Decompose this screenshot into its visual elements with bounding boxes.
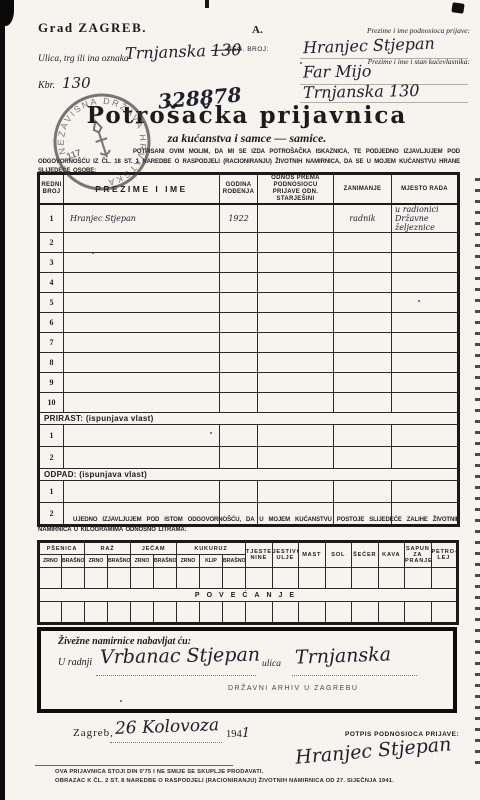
supplies-empty-cell — [431, 602, 458, 624]
cell-occupation — [334, 333, 392, 353]
year-text: 1941 — [226, 726, 250, 741]
supplies-empty-cell — [299, 568, 326, 589]
supplies-empty-cell — [200, 568, 223, 589]
footer-note-2: OBRAZAC K ČL. 2 ST. 8 NAREDBE O RASPODJE… — [55, 778, 394, 784]
cell-year: 1922 — [220, 204, 258, 233]
supplies-empty-cell — [378, 568, 405, 589]
odpad-label-row: ODPAD: (ispunjava vlast) — [39, 469, 459, 481]
year-printed: 194 — [226, 729, 242, 740]
empty-cell — [392, 447, 459, 469]
supplies-empty-cell — [200, 602, 223, 624]
row-number: 3 — [39, 253, 64, 273]
cell-occupation — [334, 393, 392, 413]
supplies-empty-cell — [131, 568, 154, 589]
supplies-column-header: PETRO- LEJ — [431, 542, 458, 568]
section-letter: A. — [252, 24, 263, 36]
supplies-column-header: ŠEĆER — [352, 542, 379, 568]
landlord-address-handwritten: Trnjanska 130 — [303, 81, 420, 102]
col-header-zanimanje: ZANIMANJE — [334, 174, 392, 205]
dotted-line — [110, 741, 222, 743]
cell-occupation: radnik — [334, 204, 392, 233]
household-row: 1Hranjec Stjepan1922radniku radionici Dr… — [39, 204, 459, 233]
shop-name-handwritten: Vrbanac Stjepan — [100, 644, 260, 669]
empty-cell — [334, 481, 392, 503]
scan-artifact-top-right — [451, 2, 464, 14]
cell-name: Hranjec Stjepan — [64, 204, 220, 233]
scan-artifact-left-edge — [0, 0, 5, 800]
supplies-empty-cell — [131, 602, 154, 624]
supplies-empty-cell — [299, 602, 326, 624]
supplies-empty-cell — [352, 602, 379, 624]
street-name: Trnjanska — [125, 41, 206, 63]
household-row: 5 — [39, 293, 459, 313]
cell-relation — [258, 233, 334, 253]
row-number: 1 — [39, 481, 64, 503]
household-row: 7 — [39, 333, 459, 353]
cell-relation — [258, 253, 334, 273]
supplies-empty-cell — [108, 568, 131, 589]
street-handwritten: Trnjanska 130 — [125, 40, 242, 63]
supplies-sub-header: ZRNO — [177, 555, 200, 568]
supplies-empty-cell — [405, 602, 432, 624]
cell-workplace — [392, 353, 459, 373]
applicant-name-handwritten: Hranjec Stjepan — [303, 34, 435, 58]
supplies-empty-cell — [246, 602, 273, 624]
cell-relation — [258, 333, 334, 353]
house-number-handwritten: 130 — [62, 74, 91, 92]
supplies-group-header: KUKURUZ — [177, 542, 246, 555]
cell-workplace — [392, 313, 459, 333]
cell-name — [64, 393, 220, 413]
house-number-label: Kbr. — [38, 80, 55, 91]
cell-relation — [258, 273, 334, 293]
empty-cell — [392, 425, 459, 447]
supplies-empty-cell — [62, 602, 85, 624]
cell-occupation — [334, 313, 392, 333]
cell-occupation — [334, 373, 392, 393]
cell-occupation — [334, 273, 392, 293]
cell-workplace — [392, 393, 459, 413]
cell-workplace — [392, 253, 459, 273]
city-label: Grad ZAGREB. — [38, 20, 147, 36]
empty-cell — [334, 425, 392, 447]
row-number: 9 — [39, 373, 64, 393]
cell-relation — [258, 293, 334, 313]
cell-year — [220, 313, 258, 333]
landlord-name-handwritten: Far Mijo — [303, 61, 372, 81]
row-number: 5 — [39, 293, 64, 313]
povecanje-label: POVEĆANJE — [39, 589, 458, 602]
empty-cell — [220, 425, 258, 447]
dotted-line — [292, 674, 417, 676]
cell-relation — [258, 313, 334, 333]
supplies-sub-header: ZRNO — [39, 555, 62, 568]
supplies-empty-cell — [177, 568, 200, 589]
applicant-name-label: Prezime i ime podnosioca prijave: — [300, 26, 470, 35]
supplies-empty-cell — [39, 602, 62, 624]
stamp-number: 117 — [65, 147, 82, 161]
cell-name — [64, 353, 220, 373]
empty-cell — [220, 447, 258, 469]
cell-year — [220, 293, 258, 313]
row-number: 2 — [39, 447, 64, 469]
row-number: 2 — [39, 233, 64, 253]
prirast-row: 1 — [39, 425, 459, 447]
supplies-empty-cell — [108, 602, 131, 624]
supplies-group-header: JEČAM — [131, 542, 177, 555]
cell-occupation — [334, 233, 392, 253]
supplies-column-header: MAST — [299, 542, 326, 568]
cell-name — [64, 233, 220, 253]
supplies-empty-cell — [154, 602, 177, 624]
cell-name — [64, 333, 220, 353]
supplies-empty-cell — [85, 568, 108, 589]
row-number: 1 — [39, 425, 64, 447]
col-header-godina: GODINA ROĐENJA — [220, 174, 258, 205]
empty-cell — [258, 481, 334, 503]
u-radnji-label: U radnji — [58, 657, 92, 668]
supplies-table: PŠENICARAŽJEČAMKUKURUZTJESTE- NINEJESTIV… — [37, 540, 459, 625]
cell-year — [220, 393, 258, 413]
place-label: Zagreb, — [73, 727, 114, 739]
supplies-column-header: JESTIVO ULJE — [272, 542, 299, 568]
supplies-sub-header: ZRNO — [85, 555, 108, 568]
col-header-odnos: ODNOS PREMA PODNOSIOCU PRIJAVE ODN. STAR… — [258, 174, 334, 205]
empty-cell — [258, 425, 334, 447]
cell-workplace: u radionici Državne željeznice — [392, 204, 459, 233]
empty-cell — [64, 481, 220, 503]
supplies-empty-cell — [85, 602, 108, 624]
row-number: 4 — [39, 273, 64, 293]
household-row: 2 — [39, 233, 459, 253]
odpad-section-label: ODPAD: (ispunjava vlast) — [39, 469, 459, 481]
supplies-column-header: KAVA — [378, 542, 405, 568]
supplies-column-header: SAPUN ZA PRANJE — [405, 542, 432, 568]
supplies-empty-cell — [272, 568, 299, 589]
cell-workplace — [392, 293, 459, 313]
supplies-empty-cell — [177, 602, 200, 624]
ulica-label: ulica — [262, 659, 281, 669]
supplies-empty-cell — [272, 602, 299, 624]
cell-workplace — [392, 373, 459, 393]
cell-name — [64, 253, 220, 273]
date-handwritten: 26 Kolovoza — [115, 715, 220, 739]
supplies-empty-cell — [405, 568, 432, 589]
supplies-empty-cell — [352, 568, 379, 589]
archive-stamp-text: DRŽAVNI ARHIV U ZAGREBU — [228, 685, 358, 692]
prirast-section-label: PRIRAST: (ispunjava vlast) — [39, 413, 459, 425]
prirast-label-row: PRIRAST: (ispunjava vlast) — [39, 413, 459, 425]
povecanje-row: POVEĆANJE — [39, 589, 458, 602]
scan-artifact-corner — [0, 0, 14, 26]
cell-workplace — [392, 273, 459, 293]
supplies-column-header: TJESTE- NINE — [246, 542, 273, 568]
signature-handwritten: Hranjec Stjepan — [294, 733, 452, 769]
supplies-empty-cell — [223, 568, 246, 589]
empty-cell — [220, 481, 258, 503]
supplies-empty-cell — [378, 602, 405, 624]
cell-name — [64, 293, 220, 313]
supplies-sub-header: BRAŠNO — [223, 555, 246, 568]
col-header-mjesto-rada: MJESTO RADA — [392, 174, 459, 205]
scanned-form-page: Grad ZAGREB. A. REG. BROJ: Ulica, trg il… — [0, 0, 480, 800]
household-table: REDNI BROJ PREZIME I IME GODINA ROĐENJA … — [37, 172, 460, 527]
supplies-empty-cell — [154, 568, 177, 589]
supplies-empty-cell — [246, 568, 273, 589]
row-number: 8 — [39, 353, 64, 373]
odpad-row: 1 — [39, 481, 459, 503]
stamp-emblem — [89, 119, 112, 159]
row-number: 7 — [39, 333, 64, 353]
cell-year — [220, 273, 258, 293]
supplies-empty-row — [39, 568, 458, 589]
supplies-empty-cell — [62, 568, 85, 589]
cell-year — [220, 333, 258, 353]
supplies-empty-cell — [431, 568, 458, 589]
supplies-sub-header: ZRNO — [131, 555, 154, 568]
household-row: 4 — [39, 273, 459, 293]
household-row: 3 — [39, 253, 459, 273]
supplies-empty-cell — [325, 568, 352, 589]
household-row: 9 — [39, 373, 459, 393]
scan-artifact-top-tick — [205, 0, 209, 8]
supplies-empty-cell — [39, 568, 62, 589]
supplies-empty-cell — [223, 602, 246, 624]
cell-name — [64, 373, 220, 393]
scan-artifact-right-edge — [475, 178, 480, 768]
prirast-row: 2 — [39, 447, 459, 469]
supplies-sub-header: BRAŠNO — [108, 555, 131, 568]
cell-occupation — [334, 253, 392, 273]
cell-relation — [258, 373, 334, 393]
footer-note-1: OVA PRIJAVNICA STOJI DIN 0'75 I NE SMIJE… — [55, 769, 264, 775]
cell-occupation — [334, 293, 392, 313]
cell-relation — [258, 353, 334, 373]
cell-year — [220, 373, 258, 393]
cell-year — [220, 233, 258, 253]
cell-occupation — [334, 353, 392, 373]
household-row: 6 — [39, 313, 459, 333]
supplies-empty-cell — [325, 602, 352, 624]
cell-year — [220, 353, 258, 373]
cell-name — [64, 313, 220, 333]
year-handwritten: 1 — [242, 726, 250, 741]
row-number: 1 — [39, 204, 64, 233]
row-number: 6 — [39, 313, 64, 333]
empty-cell — [392, 481, 459, 503]
dotted-line — [96, 674, 256, 676]
supplies-empty-row — [39, 602, 458, 624]
cell-name — [64, 273, 220, 293]
empty-cell — [258, 447, 334, 469]
cell-year — [220, 253, 258, 273]
empty-cell — [64, 425, 220, 447]
empty-cell — [334, 447, 392, 469]
household-row: 10 — [39, 393, 459, 413]
supplies-sub-header: KLIP — [200, 555, 223, 568]
declaration-text-2: UJEDNO IZJAVLJUJEM POD ISTOM ODGOVORNOŠĆ… — [38, 516, 460, 535]
supplies-group-header: PŠENICA — [39, 542, 85, 555]
street-label: Ulica, trg ili ina oznaka — [38, 54, 129, 64]
shop-street-handwritten: Trnjanska — [295, 643, 392, 668]
household-row: 8 — [39, 353, 459, 373]
supplies-group-header-row: PŠENICARAŽJEČAMKUKURUZTJESTE- NINEJESTIV… — [39, 542, 458, 555]
supplies-column-header: SOL — [325, 542, 352, 568]
supplies-group-header: RAŽ — [85, 542, 131, 555]
supplies-sub-header: BRAŠNO — [154, 555, 177, 568]
cell-workplace — [392, 333, 459, 353]
cell-workplace — [392, 233, 459, 253]
empty-cell — [64, 447, 220, 469]
supplies-sub-header: BRAŠNO — [62, 555, 85, 568]
footer-rule — [35, 765, 233, 766]
cell-relation — [258, 204, 334, 233]
row-number: 10 — [39, 393, 64, 413]
cell-relation — [258, 393, 334, 413]
street-number-struck: 130 — [211, 40, 242, 60]
